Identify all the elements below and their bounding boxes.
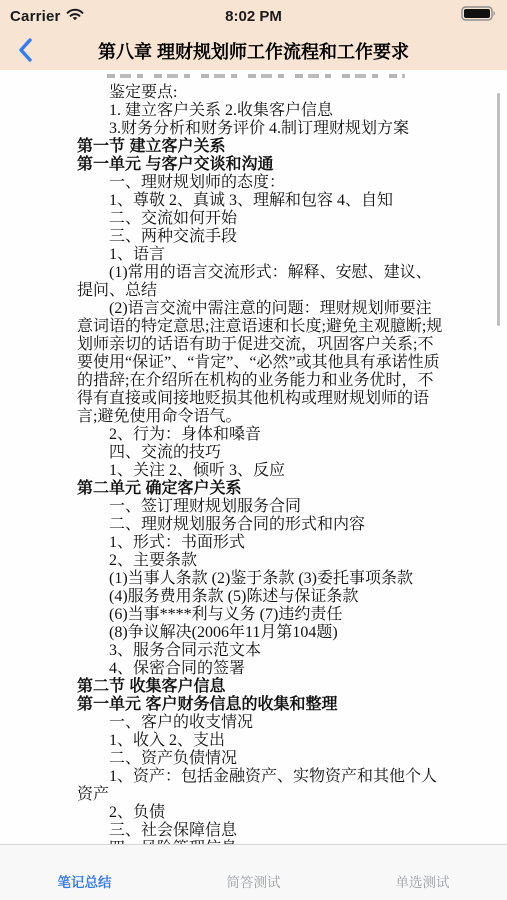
partial-glyphs: [107, 74, 405, 78]
navigation-bar: 第八章 理财规划师工作流程和工作要求: [0, 32, 507, 70]
text-line: (8)争议解决(2006年11月第104题): [77, 624, 497, 642]
text-line: 鉴定要点:: [77, 84, 497, 102]
text-line: 二、资产负债情况: [77, 750, 497, 768]
text-line: 1、关注 2、倾听 3、反应: [77, 462, 497, 480]
text-line: 一、签订理财规划服务合同: [77, 498, 497, 516]
text-line: 2、负债: [77, 804, 497, 822]
page-title: 第八章 理财规划师工作流程和工作要求: [45, 32, 462, 70]
text-line: 1、尊敬 2、真诚 3、理解和包容 4、自知: [77, 192, 497, 210]
text-line: 三、社会保障信息: [77, 822, 497, 840]
tab-label: 笔记总结: [58, 871, 112, 891]
text-line: 资产: [77, 786, 497, 804]
text-line: 划师亲切的话语有助于促进交流，巩固客户关系;不: [77, 336, 497, 354]
text-line: (1)常用的语言交流形式：解释、安慰、建议、: [77, 264, 497, 282]
tab-short-answer-test[interactable]: 简答测试: [169, 845, 338, 900]
text-line: 3、服务合同示范文本: [77, 642, 497, 660]
text-line: (2)语言交流中需注意的问题：理财规划师要注: [77, 300, 497, 318]
clipped-scrolled-line: [0, 70, 507, 84]
text-line: 1. 建立客户关系 2.收集客户信息: [77, 102, 497, 120]
text-line: 二、交流如何开始: [77, 210, 497, 228]
tab-label: 简答测试: [227, 871, 281, 891]
app-window: Carrier 8:02 PM: [0, 0, 507, 900]
text-line: 1、资产：包括金融资产、实物资产和其他个人: [77, 768, 497, 786]
text-line: 意词语的特定意思;注意语速和长度;避免主观臆断;规: [77, 318, 497, 336]
text-line: (1)当事人条款 (2)鉴于条款 (3)委托事项条款: [77, 570, 497, 588]
text-line: 三、两种交流手段: [77, 228, 497, 246]
text-line: 2、行为：身体和嗓音: [77, 426, 497, 444]
tab-single-choice-test[interactable]: 单选测试: [338, 845, 507, 900]
section-heading: 第一单元 客户财务信息的收集和整理: [77, 696, 497, 714]
text-line: 4、保密合同的签署: [77, 660, 497, 678]
section-heading: 第一节 建立客户关系: [77, 138, 497, 156]
clock: 8:02 PM: [0, 8, 507, 25]
text-line: 1、语言: [77, 246, 497, 264]
back-button[interactable]: [10, 37, 40, 67]
text-line: 提问、总结: [77, 282, 497, 300]
text-line: 二、理财规划服务合同的形式和内容: [77, 516, 497, 534]
section-heading: 第二单元 确定客户关系: [77, 480, 497, 498]
tab-label: 单选测试: [396, 871, 450, 891]
tab-bar: 笔记总结简答测试单选测试: [0, 844, 507, 900]
text-line: 言;避免使用命令语气。: [77, 408, 497, 426]
section-heading: 第一单元 与客户交谈和沟通: [77, 156, 497, 174]
text-line: 得有直接或间接地贬损其他机构或理财规划师的语: [77, 390, 497, 408]
chevron-left-icon: [18, 38, 32, 67]
text-line: 2、主要条款: [77, 552, 497, 570]
status-bar: Carrier 8:02 PM: [0, 0, 507, 32]
document-scroll-view[interactable]: 鉴定要点:1. 建立客户关系 2.收集客户信息3.财务分析和财务评价 4.制订理…: [0, 70, 507, 845]
document-lines: 鉴定要点:1. 建立客户关系 2.收集客户信息3.财务分析和财务评价 4.制订理…: [0, 84, 507, 845]
text-line: 要使用“保证”、“肯定”、“必然”或其他具有承诺性质: [77, 354, 497, 372]
text-line: 1、形式：书面形式: [77, 534, 497, 552]
text-line: 1、收入 2、支出: [77, 732, 497, 750]
text-line: (6)当事****利与义务 (7)违约责任: [77, 606, 497, 624]
tab-notes-summary[interactable]: 笔记总结: [0, 845, 169, 900]
text-line: 一、客户的收支情况: [77, 714, 497, 732]
text-line: 的措辞;在介绍所在机构的业务能力和业务优时，不: [77, 372, 497, 390]
text-line: (4)服务费用条款 (5)陈述与保证条款: [77, 588, 497, 606]
scroll-indicator[interactable]: [497, 93, 500, 326]
text-line: 3.财务分析和财务评价 4.制订理财规划方案: [77, 120, 497, 138]
section-heading: 第二节 收集客户信息: [77, 678, 497, 696]
text-line: 四、交流的技巧: [77, 444, 497, 462]
text-line: 一、理财规划师的态度：: [77, 174, 497, 192]
battery-icon: [461, 6, 497, 26]
